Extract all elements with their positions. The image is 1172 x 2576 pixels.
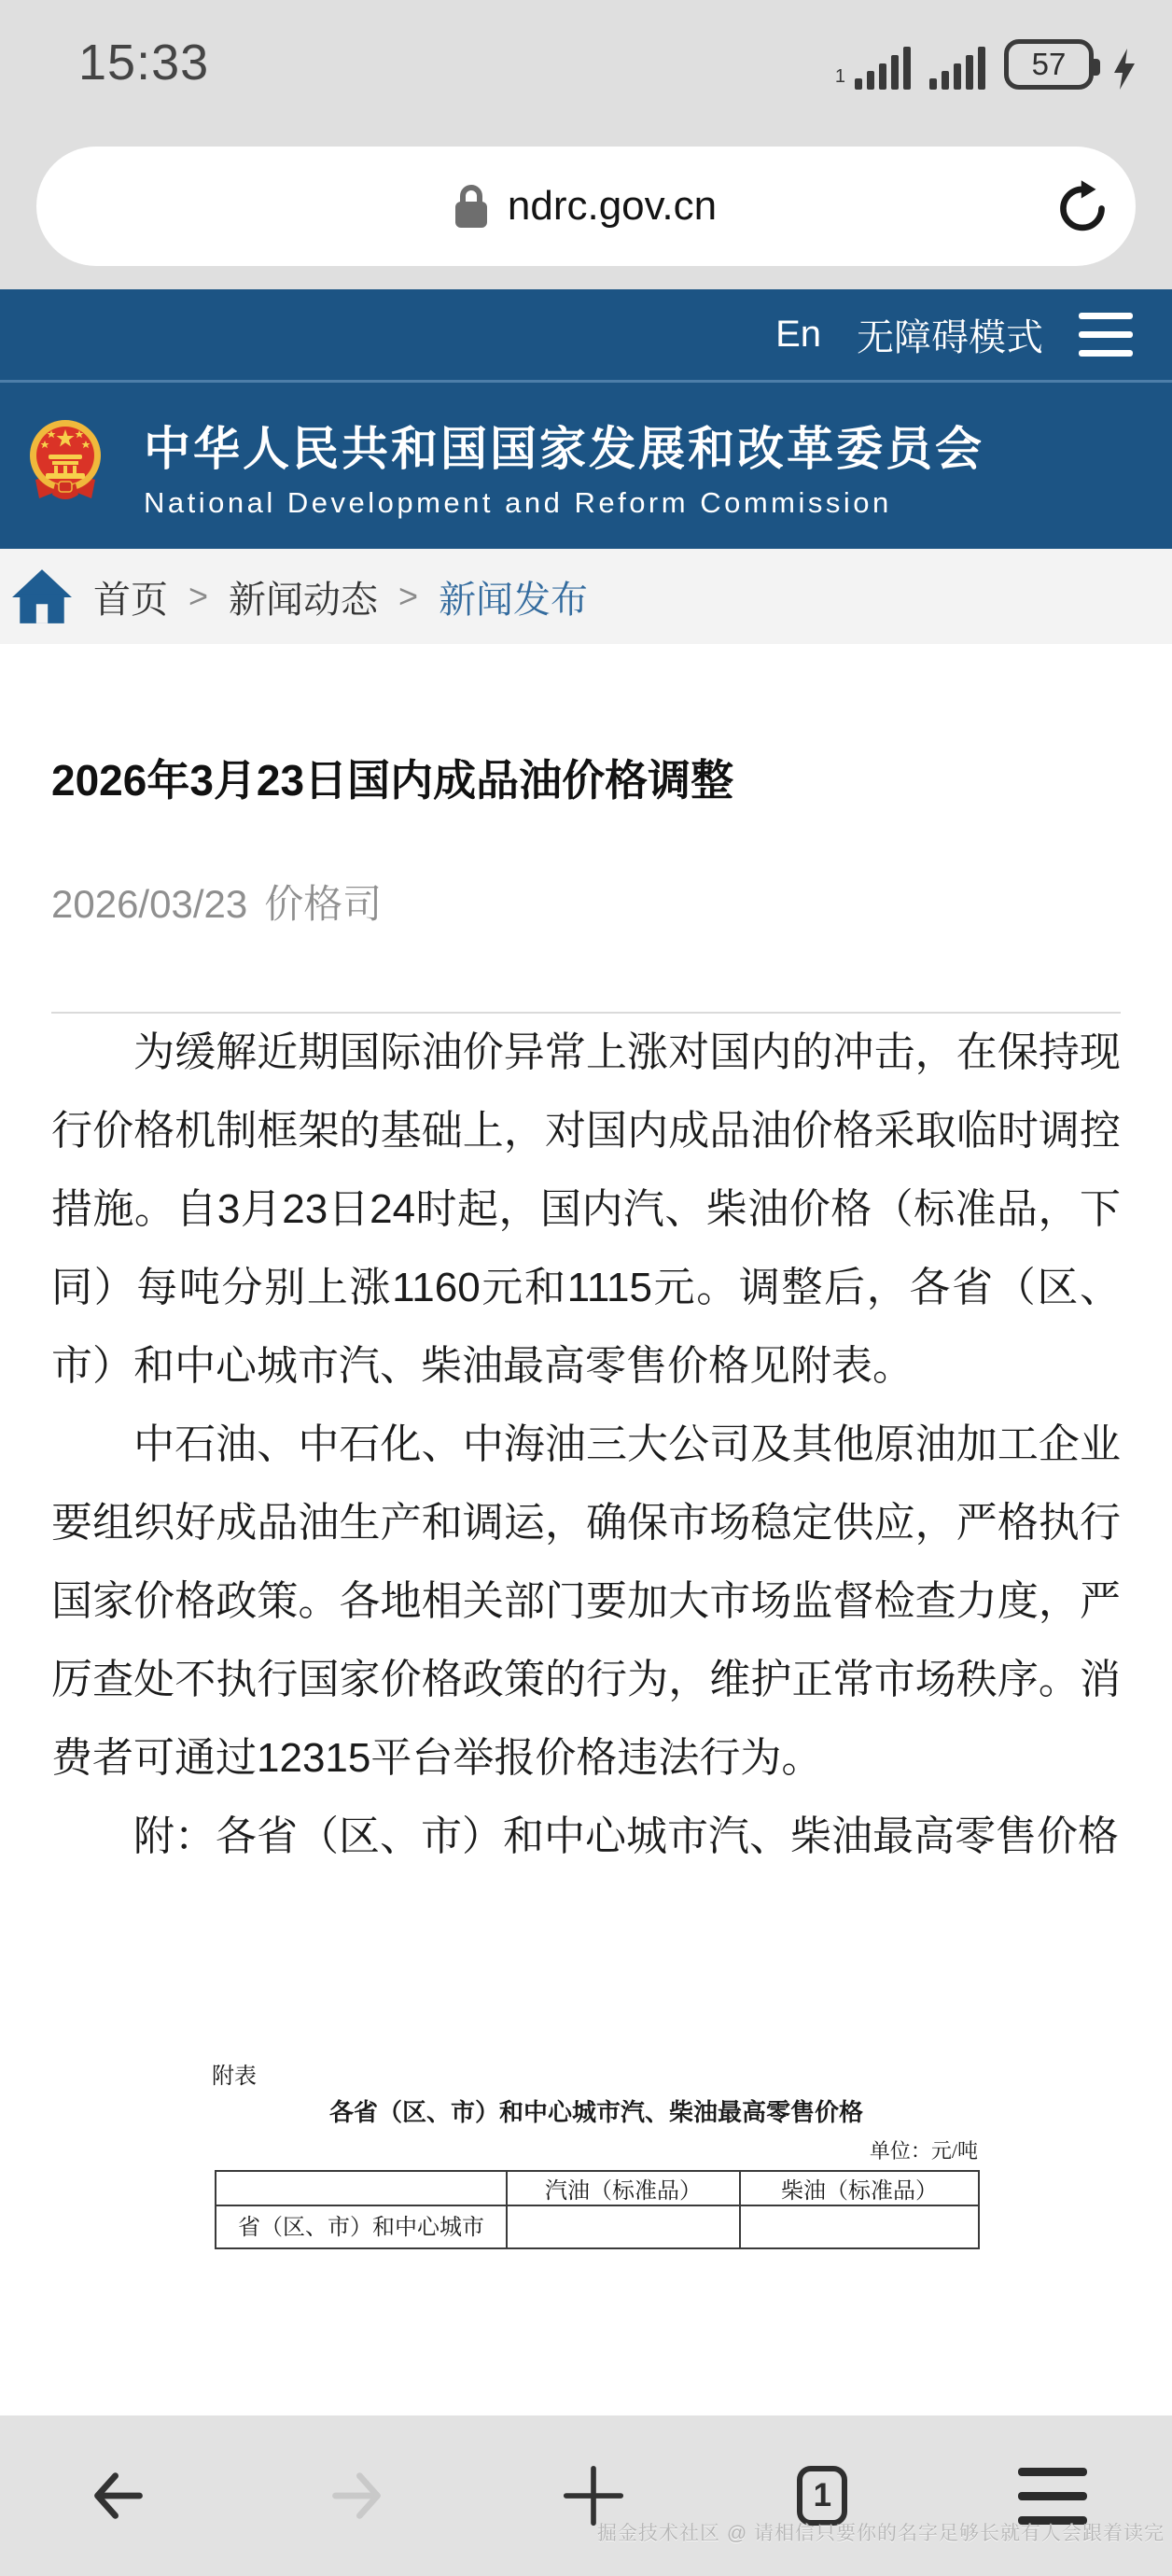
- org-name-cn: 中华人民共和国国家发展和改革委员会: [144, 412, 984, 479]
- site-banner: 中华人民共和国国家发展和改革委员会 National Development a…: [0, 380, 1172, 549]
- attachment-unit: 单位：元/吨: [215, 2135, 978, 2164]
- tab-count-button[interactable]: 1: [797, 2466, 847, 2526]
- article-department: 价格司: [264, 882, 382, 926]
- price-table: 汽油（标准品） 柴油（标准品） 省（区、市）和中心城市: [215, 2170, 980, 2249]
- attachment-label: 附表: [212, 2057, 1121, 2090]
- forward-icon[interactable]: [323, 2462, 390, 2529]
- accessibility-mode-link[interactable]: 无障碍模式: [857, 308, 1043, 361]
- home-icon[interactable]: [11, 566, 73, 627]
- browser-menu-icon[interactable]: [1018, 2468, 1087, 2525]
- mobile-browser-screen: 15:33 1 57 ndrc.gov.cn: [0, 0, 1172, 2576]
- address-bar[interactable]: ndrc.gov.cn: [36, 147, 1136, 266]
- clock: 15:33: [78, 34, 209, 91]
- tab-count: 1: [814, 2477, 831, 2514]
- sim1-indicator: 1: [835, 66, 845, 90]
- back-icon[interactable]: [85, 2462, 152, 2529]
- url-text[interactable]: ndrc.gov.cn: [508, 183, 717, 230]
- breadcrumb-home[interactable]: 首页: [93, 570, 168, 623]
- status-icons: 1 57: [835, 37, 1137, 90]
- battery-nub: [1094, 59, 1100, 76]
- table-header-region: [216, 2171, 507, 2205]
- breadcrumb-separator: >: [188, 577, 208, 616]
- menu-icon[interactable]: [1079, 313, 1133, 357]
- table-header-row: 汽油（标准品） 柴油（标准品）: [216, 2171, 979, 2205]
- watermark: 掘金技术社区 @ 请相信只要你的名字足够长就有人会跟着读完: [597, 2518, 1165, 2546]
- breadcrumb-news[interactable]: 新闻动态: [229, 570, 378, 623]
- article-date: 2026/03/23: [51, 882, 247, 926]
- attachment-table-title: 各省（区、市）和中心城市汽、柴油最高零售价格: [215, 2093, 978, 2128]
- signal-icon-sim1: [855, 47, 911, 90]
- charging-bolt-icon: [1112, 49, 1137, 90]
- browser-bottom-bar: 1 掘金技术社区 @ 请相信只要你的名字足够长就有人会跟着读完: [0, 2415, 1172, 2576]
- org-name-en: National Development and Reform Commissi…: [144, 486, 984, 520]
- breadcrumb-current[interactable]: 新闻发布: [439, 570, 588, 623]
- attachment-table-image: 附表 各省（区、市）和中心城市汽、柴油最高零售价格 单位：元/吨 汽油（标准品）…: [0, 2057, 1172, 2249]
- article-paragraph: 为缓解近期国际油价异常上涨对国内的冲击，在保持现行价格机制框架的基础上，对国内成…: [51, 1014, 1121, 1406]
- article-paragraph: 中石油、中石化、中海油三大公司及其他原油加工企业要组织好成品油生产和调运，确保市…: [51, 1406, 1121, 1798]
- article-paragraph: 附：各省（区、市）和中心城市汽、柴油最高零售价格: [51, 1798, 1121, 1876]
- battery-icon: 57: [1004, 39, 1094, 90]
- language-toggle-en[interactable]: En: [775, 314, 821, 356]
- table-cell-region: 省（区、市）和中心城市: [216, 2205, 507, 2248]
- battery-percent: 57: [1032, 47, 1067, 82]
- table-cell: [740, 2205, 979, 2248]
- table-cell: [507, 2205, 740, 2248]
- status-and-url-area: 15:33 1 57 ndrc.gov.cn: [0, 0, 1172, 289]
- article: 2026年3月23日国内成品油价格调整 2026/03/23价格司 为缓解近期国…: [0, 644, 1172, 1876]
- site-utility-bar: En 无障碍模式: [0, 289, 1172, 380]
- refresh-icon[interactable]: [1055, 179, 1109, 233]
- breadcrumb-separator: >: [398, 577, 418, 616]
- breadcrumb: 首页 > 新闻动态 > 新闻发布: [0, 549, 1172, 644]
- article-meta: 2026/03/23价格司: [51, 874, 1121, 930]
- table-header-diesel: 柴油（标准品）: [740, 2171, 979, 2205]
- table-header-gasoline: 汽油（标准品）: [507, 2171, 740, 2205]
- lock-icon: [455, 185, 487, 228]
- banner-titles: 中华人民共和国国家发展和改革委员会 National Development a…: [144, 412, 984, 520]
- article-title: 2026年3月23日国内成品油价格调整: [51, 644, 1121, 808]
- national-emblem-icon: [28, 416, 103, 515]
- table-row: 省（区、市）和中心城市: [216, 2205, 979, 2248]
- signal-icon-sim2: [929, 47, 985, 90]
